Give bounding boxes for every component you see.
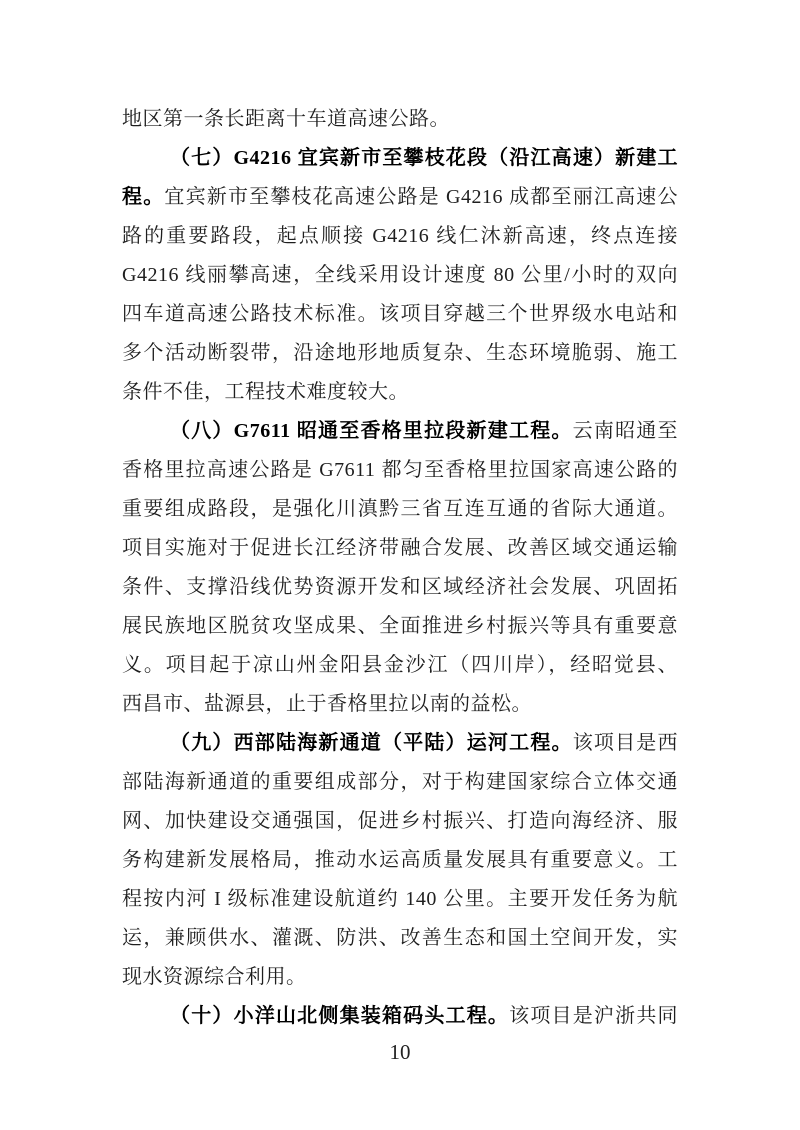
body-text: 项目实施对于促进长江经济带融合发展、改善区域交通运输	[122, 537, 678, 559]
body-text: 现水资源综合利用。	[122, 966, 307, 988]
document-page: 地区第一条长距离十车道高速公路。 （七）G4216 宜宾新市至攀枝花段（沿江高速…	[0, 0, 800, 1130]
body-text: 宜宾新市至攀枝花高速公路是 G4216 成都至丽江高速公	[164, 186, 678, 208]
body-text: 展民族地区脱贫攻坚成果、全面推进乡村振兴等具有重要意	[122, 615, 678, 637]
body-text: 运，兼顾供水、灌溉、防洪、改善生态和国土空间开发，实	[122, 927, 678, 949]
text-line: 现水资源综合利用。	[122, 958, 678, 997]
body-text: 地区第一条长距离十车道高速公路。	[122, 108, 450, 130]
text-line: 香格里拉高速公路是 G7611 都匀至香格里拉国家高速公路的	[122, 451, 678, 490]
text-line: G4216 线丽攀高速，全线采用设计速度 80 公里/小时的双向	[122, 256, 678, 295]
body-text: 香格里拉高速公路是 G7611 都匀至香格里拉国家高速公路的	[122, 459, 678, 481]
body-text: 四车道高速公路技术标准。该项目穿越三个世界级水电站和	[122, 303, 678, 325]
section-heading-segment: 程。	[122, 186, 164, 208]
text-line: 部陆海新通道的重要组成部分，对于构建国家综合立体交通	[122, 763, 678, 802]
text-line: （七）G4216 宜宾新市至攀枝花段（沿江高速）新建工	[122, 139, 678, 178]
body-text: 程按内河 I 级标准建设航道约 140 公里。主要开发任务为航	[122, 888, 678, 910]
body-text: 重要组成路段，是强化川滇黔三省互连互通的省际大通道。	[122, 498, 678, 520]
text-line: （十）小洋山北侧集装箱码头工程。该项目是沪浙共同	[122, 997, 678, 1036]
body-text: 网、加快建设交通强国，促进乡村振兴、打造向海经济、服	[122, 810, 678, 832]
text-line: 西昌市、盐源县，止于香格里拉以南的益松。	[122, 685, 678, 724]
body-text: 该项目是西	[573, 732, 678, 754]
body-text: 多个活动断裂带，沿途地形地质复杂、生态环境脆弱、施工	[122, 342, 678, 364]
text-line: 项目实施对于促进长江经济带融合发展、改善区域交通运输	[122, 529, 678, 568]
section-heading-segment: （八）G7611 昭通至香格里拉段新建工程。	[170, 420, 573, 442]
body-text: 条件不佳，工程技术难度较大。	[122, 381, 409, 403]
text-line: 展民族地区脱贫攻坚成果、全面推进乡村振兴等具有重要意	[122, 607, 678, 646]
section-heading-segment: （十）小洋山北侧集装箱码头工程。	[170, 1005, 509, 1027]
body-text: 务构建新发展格局，推动水运高质量发展具有重要意义。工	[122, 849, 678, 871]
text-line: 务构建新发展格局，推动水运高质量发展具有重要意义。工	[122, 841, 678, 880]
text-line: （九）西部陆海新通道（平陆）运河工程。该项目是西	[122, 724, 678, 763]
text-line: 运，兼顾供水、灌溉、防洪、改善生态和国土空间开发，实	[122, 919, 678, 958]
body-text: 云南昭通至	[573, 420, 678, 442]
section-heading-segment: （七）G4216 宜宾新市至攀枝花段（沿江高速）新建工	[170, 147, 678, 169]
body-text: 路的重要路段，起点顺接 G4216 线仁沐新高速，终点连接	[122, 225, 678, 247]
text-line: 条件不佳，工程技术难度较大。	[122, 373, 678, 412]
section-heading-segment: （九）西部陆海新通道（平陆）运河工程。	[170, 732, 573, 754]
body-text: 部陆海新通道的重要组成部分，对于构建国家综合立体交通	[122, 771, 678, 793]
text-line: 地区第一条长距离十车道高速公路。	[122, 100, 678, 139]
text-line: 程按内河 I 级标准建设航道约 140 公里。主要开发任务为航	[122, 880, 678, 919]
text-line: 条件、支撑沿线优势资源开发和区域经济社会发展、巩固拓	[122, 568, 678, 607]
text-line: 重要组成路段，是强化川滇黔三省互连互通的省际大通道。	[122, 490, 678, 529]
body-text: 西昌市、盐源县，止于香格里拉以南的益松。	[122, 693, 532, 715]
text-line: （八）G7611 昭通至香格里拉段新建工程。云南昭通至	[122, 412, 678, 451]
body-text: 该项目是沪浙共同	[509, 1005, 678, 1027]
text-line: 网、加快建设交通强国，促进乡村振兴、打造向海经济、服	[122, 802, 678, 841]
text-line: 路的重要路段，起点顺接 G4216 线仁沐新高速，终点连接	[122, 217, 678, 256]
document-body: 地区第一条长距离十车道高速公路。 （七）G4216 宜宾新市至攀枝花段（沿江高速…	[122, 100, 678, 1036]
text-line: 程。宜宾新市至攀枝花高速公路是 G4216 成都至丽江高速公	[122, 178, 678, 217]
text-line: 四车道高速公路技术标准。该项目穿越三个世界级水电站和	[122, 295, 678, 334]
text-line: 多个活动断裂带，沿途地形地质复杂、生态环境脆弱、施工	[122, 334, 678, 373]
page-number: 10	[0, 1040, 800, 1064]
body-text: G4216 线丽攀高速，全线采用设计速度 80 公里/小时的双向	[122, 264, 678, 286]
body-text: 义。项目起于凉山州金阳县金沙江（四川岸），经昭觉县、	[122, 654, 678, 676]
body-text: 条件、支撑沿线优势资源开发和区域经济社会发展、巩固拓	[122, 576, 678, 598]
text-line: 义。项目起于凉山州金阳县金沙江（四川岸），经昭觉县、	[122, 646, 678, 685]
